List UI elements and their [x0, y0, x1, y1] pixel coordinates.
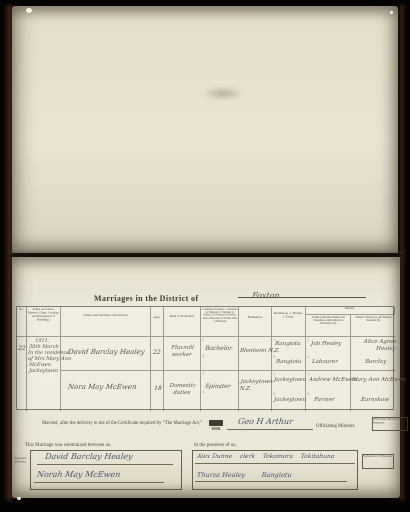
header-mother-label: Mother's Name (a), and Maiden Surname (b… — [354, 316, 392, 322]
bride-name-cell: Nora May McEwen — [61, 371, 151, 411]
presence-label: In the presence of us, — [194, 443, 237, 448]
entry-number: 22 — [18, 345, 27, 352]
header-ages: Ages. — [151, 307, 164, 337]
minister-signature: Geo H Arthur — [237, 417, 293, 426]
paper-speck — [390, 11, 393, 14]
printed-mark: 2. — [202, 390, 204, 394]
printed-mark: 1. — [202, 338, 204, 342]
ink-smudge — [209, 420, 223, 426]
bride-birthplace: Jackeytown N.Z. — [239, 379, 272, 393]
certification-act-year: 1908. — [211, 426, 221, 431]
header-birthplaces: Birthplaces. — [239, 307, 272, 337]
printed-mark: 1. — [202, 372, 204, 376]
bride-father-cell: 1. 2. Andrew McEwen Farmer — [306, 371, 351, 411]
witnesses-box-side-note: Signatures of Witnesses. — [363, 455, 393, 458]
bride-condition: Spinster — [205, 383, 232, 390]
bride-name: Nora May McEwen — [68, 383, 137, 391]
bride-residences-cell: 1. 2. Jackeytown Jackeytown — [272, 371, 306, 411]
header-father: Father (Christian Names and Surname), an… — [306, 315, 351, 337]
register-blank-page — [12, 6, 398, 253]
printed-mark: 2. — [307, 392, 309, 396]
header-rank: Rank or Profession. — [164, 307, 201, 337]
groom-residence-present: Rangiotu — [275, 341, 301, 347]
district-underline: Foxton — [238, 285, 366, 298]
bride-birthplace-cell: Jackeytown N.Z. — [239, 371, 272, 411]
header-names: Names and Surnames of the Parties. — [61, 307, 151, 337]
bride-condition-cell: 1. 2. Spinster — [201, 371, 239, 411]
printed-mark: 2. — [273, 355, 275, 359]
printed-mark: 1. — [273, 372, 275, 376]
header-father-label: Father (Christian Names and Surname), an… — [309, 316, 347, 325]
header-residences: Residences. 1. Present. 2. Usual. — [272, 307, 306, 337]
form-heading: Marriages in the District of — [94, 288, 199, 306]
bride-mother-name: Mary Ann McEwen — [352, 377, 406, 383]
header-ages-label: Ages. — [151, 316, 162, 319]
district-name-handwritten: Foxton — [251, 291, 280, 300]
header-condition: Condition of Parties. 1. Bachelor or Wid… — [201, 307, 239, 337]
groom-signature-line — [37, 453, 173, 465]
header-mother: Mother's Name (a), and Maiden Surname (b… — [351, 315, 395, 337]
groom-father-rank: Labourer — [312, 359, 339, 365]
bride-residence-usual: Jackeytown — [274, 397, 307, 403]
certification-row: Married, after the delivery to me of the… — [42, 419, 394, 435]
bride-age: 18 — [154, 385, 163, 392]
groom-birthplace-cell: Blenheim N.Z. — [239, 337, 272, 371]
marriage-register-page: Marriages in the District of Foxton No. … — [12, 257, 400, 498]
solemnized-label: This Marriage was solemnized between us, — [25, 443, 111, 448]
bride-residence-present: Jackeytown — [274, 377, 307, 383]
witnesses-box-side-note-frame: Signatures of Witnesses. — [362, 454, 394, 469]
entry-number-cell: 22 — [17, 337, 27, 411]
groom-mother-cell: Alice Agnes Healey Barclay — [351, 337, 395, 371]
bride-age-cell: 18 — [151, 371, 164, 411]
bride-signature-line — [34, 471, 164, 483]
faint-ink-smudge — [202, 86, 244, 101]
printed-mark: 2. — [273, 392, 275, 396]
groom-residence-usual: Rangiotu — [276, 359, 302, 365]
bride-rank-cell: Domestic duties — [164, 371, 201, 411]
header-when-where: When and where Married. (Date, Locality,… — [27, 307, 61, 337]
header-when-where-label: When and where Married. (Date, Locality,… — [28, 308, 60, 322]
marriage-register-table: No. When and where Married. (Date, Local… — [16, 306, 394, 410]
groom-rank: Flaxmill worker — [166, 345, 198, 359]
printed-mark: 1. — [307, 338, 309, 342]
header-no-label: No. — [17, 308, 26, 311]
witnesses-signature-box: Alex Dunne clerk Tokomaru Takitahuna Thu… — [192, 450, 358, 490]
groom-rank-cell: Flaxmill worker — [164, 337, 201, 371]
groom-father-cell: 1. 2. Job Healey Labourer — [306, 337, 351, 371]
minister-side-note: Officiating Minister or Registrar. — [373, 418, 406, 425]
header-parents-group: Parents. — [306, 307, 395, 315]
witness-2-line — [195, 470, 347, 482]
printed-mark: 2. — [202, 354, 204, 358]
groom-age: 22 — [153, 349, 162, 356]
certification-text: Married, after the delivery to me of the… — [42, 421, 202, 426]
minister-label: Officiating Minister. — [316, 424, 355, 429]
groom-residences-cell: 1. 2. Rangiotu Rangiotu — [272, 337, 306, 371]
printed-mark: 2. — [307, 355, 309, 359]
groom-name-cell: David Barclay Healey — [61, 337, 151, 371]
bride-mother-cell: Mary Ann McEwen Earnshaw — [351, 371, 395, 411]
header-rank-label: Rank or Profession. — [165, 315, 199, 318]
header-birthplaces-label: Birthplaces. — [240, 316, 271, 319]
groom-father-name: Job Healey — [311, 341, 342, 347]
groom-age-cell: 22 — [151, 337, 164, 371]
witness-1-line — [195, 452, 355, 464]
paper-speck — [26, 8, 32, 13]
when-where-cell: 1911, 30th March In the residence of Mrs… — [27, 337, 61, 411]
groom-condition-cell: 1. 2. Bachelor — [201, 337, 239, 371]
groom-name: David Barclay Healey — [68, 348, 146, 356]
header-parents-label: Parents. — [308, 307, 392, 310]
header-condition-label: Condition of Parties. 1. Bachelor or Wid… — [202, 308, 238, 323]
bride-father-name: Andrew McEwen — [309, 377, 357, 383]
book-cover-bottom-edge — [0, 497, 410, 512]
bride-father-rank: Farmer — [314, 397, 335, 403]
header-no: No. — [17, 307, 27, 337]
groom-mother-name: Alice Agnes Healey — [353, 339, 397, 353]
bride-rank: Domestic duties — [166, 383, 198, 397]
groom-condition: Bachelor — [205, 345, 233, 352]
bride-mother-maiden: Earnshaw — [361, 397, 390, 403]
minister-side-note-box: Officiating Minister or Registrar. — [372, 417, 408, 431]
when-line: Jackeytown — [29, 368, 59, 374]
form-title: Marriages in the District of — [94, 294, 199, 303]
printed-mark: 1. — [307, 372, 309, 376]
parties-signature-box: David Barclay Healey Norah May McEwen — [30, 450, 182, 490]
parties-box-side-note: Signatures of Parties. — [14, 457, 27, 464]
header-names-label: Names and Surnames of the Parties. — [63, 314, 148, 317]
header-residences-label: Residences. 1. Present. 2. Usual. — [273, 312, 305, 319]
paper-speck — [17, 497, 21, 500]
groom-mother-maiden: Barclay — [365, 359, 387, 365]
